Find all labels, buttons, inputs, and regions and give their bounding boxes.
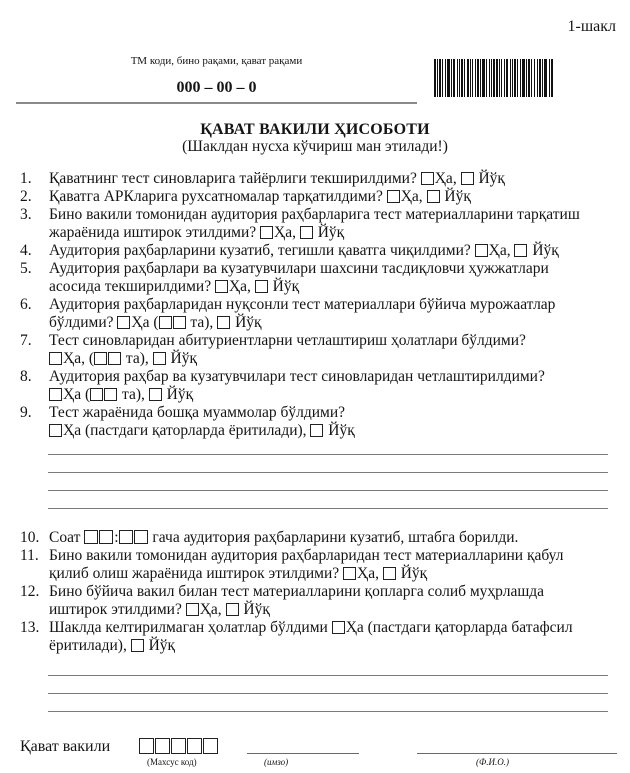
- special-code-boxes: [139, 738, 219, 754]
- yes-label: Ҳа: [200, 601, 218, 618]
- page-subtitle: (Шаклдан нусха кўчириш ман этилади!): [0, 138, 630, 156]
- yes-note: ёритилади),: [49, 637, 127, 654]
- code-digit-box[interactable]: [187, 738, 202, 754]
- yes-note: (пастдаги қаторларда батафсил: [368, 619, 573, 636]
- answer-line[interactable]: [48, 454, 608, 455]
- question-text: Қаватнинг тест синовларига тайёрлиги тек…: [49, 170, 417, 187]
- question-13-answer-lines: [48, 675, 608, 712]
- question-10: 10. Соат : гача аудитория раҳбарларини к…: [0, 529, 630, 547]
- no-label: Йўқ: [149, 637, 175, 654]
- code-digit-box[interactable]: [171, 738, 186, 754]
- count-digit-box[interactable]: [90, 388, 103, 401]
- minute-digit-box[interactable]: [119, 530, 133, 544]
- full-name-caption: (Ф.И.О.): [476, 757, 509, 767]
- question-number: 11.: [20, 547, 39, 565]
- yes-checkbox[interactable]: [260, 226, 273, 239]
- no-checkbox[interactable]: [131, 639, 144, 652]
- question-number: 10.: [20, 529, 39, 547]
- question-number: 1.: [20, 170, 32, 188]
- question-13: 13. Шаклда келтирилмаган ҳолатлар бўлдим…: [0, 619, 630, 655]
- question-9: 9. Тест жараёнида бошқа муаммолар бўлдим…: [0, 404, 630, 440]
- question-text: Аудитория раҳбар ва кузатувчилари тест с…: [49, 368, 630, 386]
- hour-digit-box[interactable]: [84, 530, 98, 544]
- no-label: Йўқ: [444, 188, 470, 205]
- yes-checkbox[interactable]: [343, 567, 356, 580]
- yes-label: Ҳа: [357, 565, 375, 582]
- count-suffix: та: [122, 386, 136, 403]
- no-label: Йўқ: [401, 565, 427, 582]
- question-12: 12. Бино бўйича вакил билан тест материа…: [0, 583, 630, 619]
- answer-line[interactable]: [48, 508, 608, 509]
- question-3: 3. Бино вакили томонидан аудитория раҳба…: [0, 206, 630, 242]
- no-label: Йўқ: [273, 278, 299, 295]
- question-text: асосида текширилдими?: [49, 278, 211, 295]
- question-text: иштирок этилдими?: [49, 601, 182, 618]
- no-checkbox[interactable]: [300, 226, 313, 239]
- yes-label: Ҳа: [274, 224, 292, 241]
- question-text: Шаклда келтирилмаган ҳолатлар бўлдими: [49, 619, 328, 636]
- question-text: бўлдими?: [49, 314, 114, 331]
- questionnaire: 1. Қаватнинг тест синовларига тайёрлиги …: [0, 170, 630, 712]
- count-digit-box[interactable]: [173, 316, 186, 329]
- code-digit-box[interactable]: [139, 738, 154, 754]
- no-checkbox[interactable]: [383, 567, 396, 580]
- question-text: Қаватга АРКларига рухсатномалар тарқатил…: [49, 188, 383, 205]
- question-text: гача аудитория раҳбарларини кузатиб, шта…: [152, 529, 518, 546]
- no-label: Йўқ: [478, 170, 504, 187]
- yes-checkbox[interactable]: [421, 172, 434, 185]
- no-label: Йўқ: [167, 386, 193, 403]
- yes-label: Ҳа: [63, 422, 81, 439]
- no-checkbox[interactable]: [217, 316, 230, 329]
- answer-line[interactable]: [48, 490, 608, 491]
- question-number: 3.: [20, 206, 32, 224]
- yes-checkbox[interactable]: [49, 388, 62, 401]
- full-name-line[interactable]: [417, 753, 617, 754]
- question-number: 2.: [20, 188, 32, 206]
- question-number: 7.: [20, 332, 32, 350]
- form-number: 1-шакл: [567, 18, 616, 36]
- question-8: 8. Аудитория раҳбар ва кузатувчилари тес…: [0, 368, 630, 404]
- question-number: 13.: [20, 619, 39, 637]
- no-checkbox[interactable]: [514, 244, 527, 257]
- question-text: Тест жараёнида бошқа муаммолар бўлдими?: [49, 404, 630, 422]
- yes-checkbox[interactable]: [49, 424, 62, 437]
- yes-checkbox[interactable]: [215, 280, 228, 293]
- no-checkbox[interactable]: [461, 172, 474, 185]
- question-text: Аудитория раҳбарларини кузатиб, тегишли …: [49, 242, 471, 259]
- no-checkbox[interactable]: [427, 190, 440, 203]
- no-checkbox[interactable]: [310, 424, 323, 437]
- yes-note: (пастдаги қаторларда ёритилади): [85, 422, 303, 439]
- no-checkbox[interactable]: [255, 280, 268, 293]
- yes-checkbox[interactable]: [387, 190, 400, 203]
- question-number: 8.: [20, 368, 32, 386]
- hour-digit-box[interactable]: [99, 530, 113, 544]
- answer-line[interactable]: [48, 693, 608, 694]
- signature-caption: (имзо): [264, 757, 288, 767]
- question-number: 12.: [20, 583, 39, 601]
- signature-line[interactable]: [247, 753, 359, 754]
- barcode-icon: [434, 59, 606, 97]
- question-text: Аудитория раҳбарлари ва кузатувчилари ша…: [49, 260, 630, 278]
- question-text: Аудитория раҳбарларидан нуқсонли тест ма…: [49, 296, 630, 314]
- yes-checkbox[interactable]: [332, 621, 345, 634]
- page-title: ҚАВАТ ВАКИЛИ ҲИСОБОТИ: [0, 121, 630, 139]
- question-text: Бино вакили томонидан аудитория раҳбарла…: [49, 547, 630, 565]
- question-number: 9.: [20, 404, 32, 422]
- yes-label: Ҳа: [63, 386, 81, 403]
- answer-line[interactable]: [48, 711, 608, 712]
- question-4: 4. Аудитория раҳбарларини кузатиб, тегиш…: [0, 242, 630, 260]
- yes-label: Ҳа: [63, 350, 81, 367]
- count-digit-box[interactable]: [94, 352, 107, 365]
- question-number: 4.: [20, 242, 32, 260]
- answer-line[interactable]: [48, 675, 608, 676]
- count-digit-box[interactable]: [159, 316, 172, 329]
- count-digit-box[interactable]: [104, 388, 117, 401]
- code-underline: [16, 102, 417, 104]
- floor-representative-label: Қават вакили: [20, 738, 110, 756]
- no-label: Йўқ: [532, 242, 558, 259]
- no-checkbox[interactable]: [153, 352, 166, 365]
- question-text: қилиб олиш жараёнида иштирок этилдими?: [49, 565, 339, 582]
- count-suffix: та: [190, 314, 204, 331]
- count-suffix: та: [126, 350, 140, 367]
- answer-line[interactable]: [48, 472, 608, 473]
- yes-label: Ҳа: [346, 619, 364, 636]
- no-label: Йўқ: [318, 224, 344, 241]
- question-11: 11. Бино вакили томонидан аудитория раҳб…: [0, 547, 630, 583]
- question-text: жараёнида иштирок этилдими?: [49, 224, 256, 241]
- yes-checkbox[interactable]: [475, 244, 488, 257]
- code-digit-box[interactable]: [203, 738, 218, 754]
- question-number: 6.: [20, 296, 32, 314]
- yes-label: Ҳа: [229, 278, 247, 295]
- yes-checkbox[interactable]: [117, 316, 130, 329]
- minute-digit-box[interactable]: [134, 530, 148, 544]
- no-label: Йўқ: [328, 422, 354, 439]
- yes-label: Ҳа: [435, 170, 453, 187]
- question-6: 6. Аудитория раҳбарларидан нуқсонли тест…: [0, 296, 630, 332]
- no-label: Йўқ: [235, 314, 261, 331]
- code-digit-box[interactable]: [155, 738, 170, 754]
- no-checkbox[interactable]: [226, 603, 239, 616]
- no-label: Йўқ: [243, 601, 269, 618]
- question-2: 2. Қаватга АРКларига рухсатномалар тарқа…: [0, 188, 630, 206]
- question-text: Бино вакили томонидан аудитория раҳбарла…: [49, 206, 630, 224]
- question-number: 5.: [20, 260, 32, 278]
- question-text: Бино бўйича вакил билан тест материаллар…: [49, 583, 630, 601]
- yes-checkbox[interactable]: [49, 352, 62, 365]
- no-label: Йўқ: [171, 350, 197, 367]
- question-9-answer-lines: [48, 454, 608, 509]
- code-value: 000 – 00 – 0: [16, 79, 417, 97]
- count-digit-box[interactable]: [108, 352, 121, 365]
- yes-label: Ҳа: [489, 242, 507, 259]
- yes-label: Ҳа: [131, 314, 149, 331]
- special-code-caption: (Махсус код): [147, 757, 197, 767]
- code-label: ТМ коди, бино рақами, қават рақами: [16, 55, 417, 67]
- question-1: 1. Қаватнинг тест синовларига тайёрлиги …: [0, 170, 630, 188]
- question-text: Соат: [49, 529, 80, 546]
- no-checkbox[interactable]: [149, 388, 162, 401]
- question-text: Тест синовларидан абитуриентларни четлаш…: [49, 332, 630, 350]
- question-5: 5. Аудитория раҳбарлари ва кузатувчилари…: [0, 260, 630, 296]
- question-7: 7. Тест синовларидан абитуриентларни чет…: [0, 332, 630, 368]
- yes-label: Ҳа: [401, 188, 419, 205]
- yes-checkbox[interactable]: [186, 603, 199, 616]
